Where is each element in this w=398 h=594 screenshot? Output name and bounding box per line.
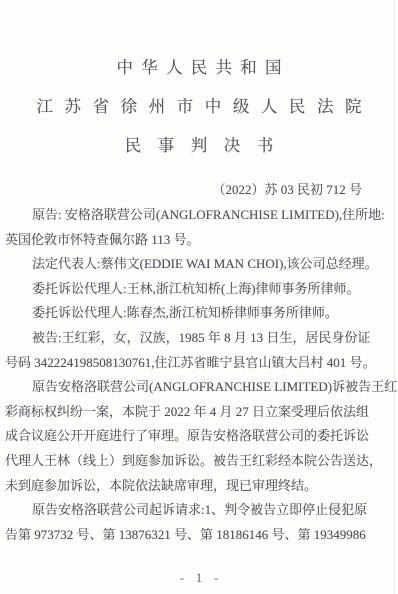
document-body: 原告: 安格洛联营公司(ANGLOFRANCHISE LIMITED),住所地:… bbox=[5, 203, 396, 547]
body-line: 原告安格洛联营公司起诉请求:1、判令被告立即停止侵犯原 bbox=[5, 498, 396, 523]
header-country-line: 中华人民共和国 bbox=[0, 48, 398, 87]
court-header: 中华人民共和国 江苏省徐州市中级人民法院 民事判决书 bbox=[0, 48, 398, 165]
header-document-type-line: 民事判决书 bbox=[0, 126, 398, 165]
body-line: 未到庭参加诉讼，本院依法缺席审理，现已审理终结。 bbox=[5, 474, 396, 499]
body-line: 告第 973732 号、第 13876321 号、第 18186146 号、第 … bbox=[5, 523, 396, 548]
page-number: - 1 - bbox=[0, 571, 398, 586]
judgment-document-page: 中华人民共和国 江苏省徐州市中级人民法院 民事判决书 （2022）苏 03 民初… bbox=[0, 0, 398, 594]
body-line: 委托诉讼代理人:王林,浙江杭知桥(上海)律师事务所律师。 bbox=[5, 277, 396, 302]
body-line: 号码 342224198508130761,住江苏省睢宁县官山镇大吕村 401 … bbox=[5, 351, 396, 376]
body-line: 原告安格洛联营公司(ANGLOFRANCHISE LIMITED)诉被告王红 bbox=[5, 375, 396, 400]
body-line: 法定代表人:蔡伟文(EDDIE WAI MAN CHOI),该公司总经理。 bbox=[5, 252, 396, 277]
body-line: 原告: 安格洛联营公司(ANGLOFRANCHISE LIMITED),住所地: bbox=[5, 203, 396, 228]
body-line: 委托诉讼代理人:陈春杰,浙江杭知桥律师事务所律师。 bbox=[5, 301, 396, 326]
body-line: 代理人王林（线上）到庭参加诉讼。被告王红彩经本院公告送达， bbox=[5, 449, 396, 474]
body-line: 成合议庭公开开庭进行了审理。原告安格洛联营公司的委托诉讼 bbox=[5, 424, 396, 449]
header-court-name-line: 江苏省徐州市中级人民法院 bbox=[0, 87, 398, 126]
body-line: 彩商标权纠纷一案，本院于 2022 年 4 月 27 日立案受理后依法组 bbox=[5, 400, 396, 425]
body-line: 英国伦敦市怀特查佩尔路 113 号。 bbox=[5, 228, 396, 253]
case-number: （2022）苏 03 民初 712 号 bbox=[212, 179, 362, 198]
body-line: 被告:王红彩，女，汉族，1985 年 8 月 13 日生，居民身份证 bbox=[5, 326, 396, 351]
